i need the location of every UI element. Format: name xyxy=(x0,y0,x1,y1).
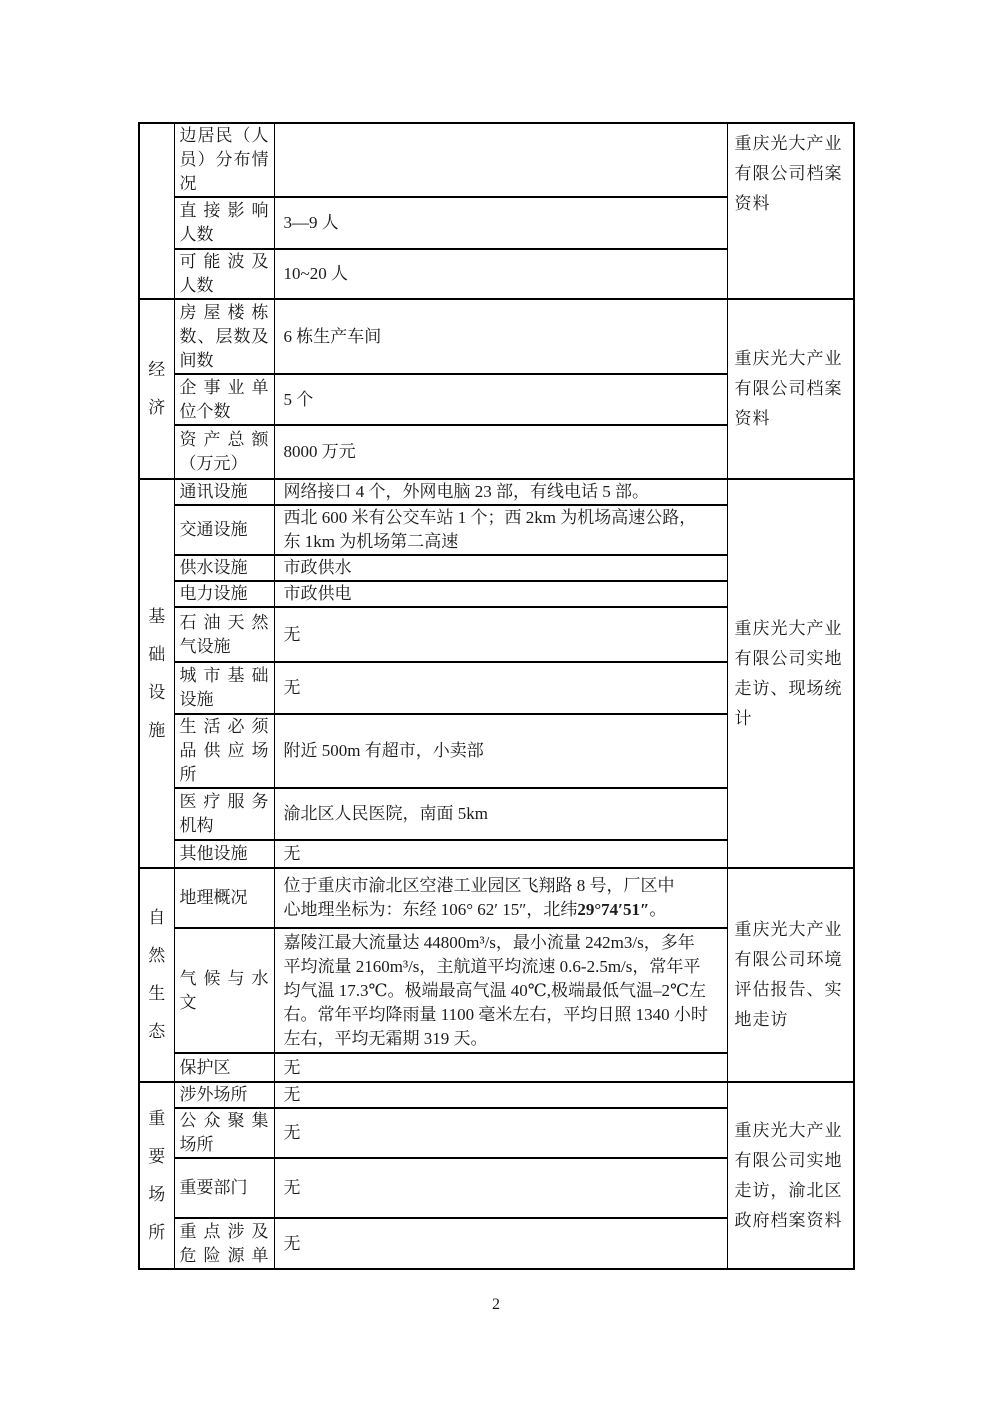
assessment-table: 边居民（人员）分布情况 重庆光大产业有限公司档案资料 直接影响人数 3—9 人 … xyxy=(138,122,855,1270)
label-line: 供水设施 xyxy=(180,556,269,580)
source-cell: 重庆光大产业有限公司实地走访、现场统计 xyxy=(727,479,854,868)
row-label: 其他设施 xyxy=(174,840,274,868)
row-label: 地理概况 xyxy=(174,868,274,928)
row-label: 保护区 xyxy=(174,1053,274,1082)
label-line: 通讯设施 xyxy=(180,480,269,504)
label-line: 保护区 xyxy=(180,1056,269,1080)
table-row: 经济 房屋楼栋数、层数及间数 6 栋生产车间 重庆光大产业有限公司档案资料 xyxy=(139,299,854,374)
label-line: 重点涉及 xyxy=(180,1220,269,1244)
row-label: 交通设施 xyxy=(174,505,274,555)
row-value: 市政供电 xyxy=(274,581,727,607)
row-label: 可能波及人数 xyxy=(174,249,274,299)
category-cell: 基础设施 xyxy=(139,479,174,868)
label-line: 直接影响 xyxy=(180,199,269,223)
label-line: 重要部门 xyxy=(180,1176,269,1200)
row-value: 10~20 人 xyxy=(274,249,727,299)
label-line: 其他设施 xyxy=(180,842,269,866)
row-value: 无 xyxy=(274,1108,727,1158)
category-cell: 经济 xyxy=(139,299,174,479)
geo-text-tail: 。 xyxy=(649,900,666,919)
label-line: 位个数 xyxy=(180,400,269,424)
label-line: 数、层数及 xyxy=(180,325,269,349)
row-value: 8000 万元 xyxy=(274,425,727,479)
category-cell xyxy=(139,123,174,299)
row-value: 5 个 xyxy=(274,374,727,425)
row-value: 附近 500m 有超市，小卖部 xyxy=(274,714,727,788)
row-value: 渝北区人民医院，南面 5km xyxy=(274,788,727,840)
label-line: 气候与水 xyxy=(180,967,269,991)
label-line: （万元） xyxy=(180,452,269,476)
row-label: 房屋楼栋数、层数及间数 xyxy=(174,299,274,374)
row-label: 通讯设施 xyxy=(174,479,274,505)
label-line: 生活必须 xyxy=(180,715,269,739)
row-label: 企事业单位个数 xyxy=(174,374,274,425)
table-row: 自然生态 地理概况 位于重庆市渝北区空港工业园区飞翔路 8 号，厂区中 心地理坐… xyxy=(139,868,854,928)
label-line: 房屋楼栋 xyxy=(180,301,269,325)
row-value: 无 xyxy=(274,1082,727,1108)
row-value: 无 xyxy=(274,840,727,868)
label-line: 人数 xyxy=(180,274,269,298)
row-value xyxy=(274,123,727,197)
page-number: 2 xyxy=(0,1296,992,1314)
label-line: 电力设施 xyxy=(180,582,269,606)
row-label: 石油天然气设施 xyxy=(174,607,274,662)
row-label: 医疗服务机构 xyxy=(174,788,274,840)
source-cell: 重庆光大产业有限公司实地走访，渝北区政府档案资料 xyxy=(727,1082,854,1269)
row-label: 供水设施 xyxy=(174,555,274,581)
row-label: 城市基础设施 xyxy=(174,662,274,714)
table-row: 重要场所 涉外场所 无 重庆光大产业有限公司实地走访，渝北区政府档案资料 xyxy=(139,1082,854,1108)
label-line: 危险源单 xyxy=(180,1244,269,1268)
label-line: 人数 xyxy=(180,223,269,247)
row-label: 电力设施 xyxy=(174,581,274,607)
row-value: 无 xyxy=(274,662,727,714)
label-line: 可能波及 xyxy=(180,250,269,274)
label-line: 石油天然 xyxy=(180,611,269,635)
row-label: 气候与水文 xyxy=(174,928,274,1053)
label-line: 医疗服务 xyxy=(180,790,269,814)
row-label: 重要部门 xyxy=(174,1158,274,1218)
category-cell: 自然生态 xyxy=(139,868,174,1082)
label-line: 企事业单 xyxy=(180,376,269,400)
label-line: 机构 xyxy=(180,814,269,838)
row-value: 无 xyxy=(274,1053,727,1082)
source-cell: 重庆光大产业有限公司档案资料 xyxy=(727,123,854,299)
row-value: 嘉陵江最大流量达 44800m³/s，最小流量 242m3/s，多年 平均流量 … xyxy=(274,928,727,1053)
source-cell: 重庆光大产业有限公司环境评估报告、实地走访 xyxy=(727,868,854,1082)
label-line: 设施 xyxy=(180,688,269,712)
label-line: 品供应场 xyxy=(180,739,269,763)
label-line: 公众聚集 xyxy=(180,1109,269,1133)
label-line: 城市基础 xyxy=(180,664,269,688)
label-line: 气设施 xyxy=(180,635,269,659)
row-value: 位于重庆市渝北区空港工业园区飞翔路 8 号，厂区中 心地理坐标为：东经 106°… xyxy=(274,868,727,928)
row-value: 西北 600 米有公交车站 1 个；西 2km 为机场高速公路， 东 1km 为… xyxy=(274,505,727,555)
document-page: 边居民（人员）分布情况 重庆光大产业有限公司档案资料 直接影响人数 3—9 人 … xyxy=(0,0,992,1403)
label-line: 况 xyxy=(180,172,269,196)
geo-coordinates-bold: 29°74′51″ xyxy=(577,900,649,919)
label-line: 边居民（人 xyxy=(180,124,269,148)
row-label: 生活必须品供应场所 xyxy=(174,714,274,788)
label-line: 文 xyxy=(180,991,269,1015)
label-line: 所 xyxy=(180,763,269,787)
row-label: 重点涉及危险源单 xyxy=(174,1218,274,1269)
category-cell: 重要场所 xyxy=(139,1082,174,1269)
assessment-table-wrap: 边居民（人员）分布情况 重庆光大产业有限公司档案资料 直接影响人数 3—9 人 … xyxy=(138,122,855,1270)
label-line: 场所 xyxy=(180,1133,269,1157)
row-value: 市政供水 xyxy=(274,555,727,581)
row-label: 资产总额（万元） xyxy=(174,425,274,479)
row-value: 网络接口 4 个，外网电脑 23 部，有线电话 5 部。 xyxy=(274,479,727,505)
label-line: 交通设施 xyxy=(180,518,269,542)
table-row: 边居民（人员）分布情况 重庆光大产业有限公司档案资料 xyxy=(139,123,854,197)
row-label: 公众聚集场所 xyxy=(174,1108,274,1158)
label-line: 地理概况 xyxy=(180,886,269,910)
label-line: 间数 xyxy=(180,349,269,373)
row-label: 涉外场所 xyxy=(174,1082,274,1108)
row-label: 边居民（人员）分布情况 xyxy=(174,123,274,197)
row-value: 无 xyxy=(274,607,727,662)
row-label: 直接影响人数 xyxy=(174,197,274,249)
label-line: 涉外场所 xyxy=(180,1083,269,1107)
row-value: 无 xyxy=(274,1158,727,1218)
row-value: 3—9 人 xyxy=(274,197,727,249)
row-value: 无 xyxy=(274,1218,727,1269)
label-line: 员）分布情 xyxy=(180,148,269,172)
table-row: 基础设施 通讯设施 网络接口 4 个，外网电脑 23 部，有线电话 5 部。 重… xyxy=(139,479,854,505)
row-value: 6 栋生产车间 xyxy=(274,299,727,374)
label-line: 资产总额 xyxy=(180,428,269,452)
source-cell: 重庆光大产业有限公司档案资料 xyxy=(727,299,854,479)
